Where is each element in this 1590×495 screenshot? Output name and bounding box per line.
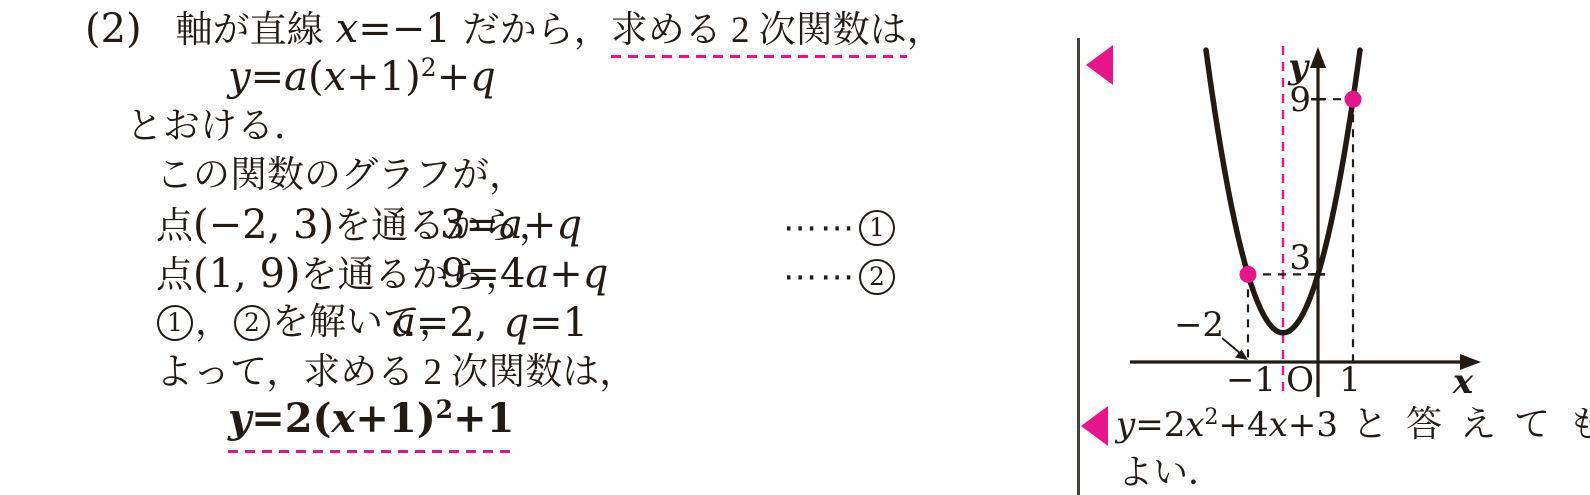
text-segment: +1)	[355, 395, 435, 442]
text-segment: 求める 2 次関数は	[611, 10, 907, 58]
circled-number: 1	[859, 210, 895, 246]
text-segment: 2	[421, 53, 437, 82]
text-segment: +	[549, 251, 583, 297]
text-segment: +1	[453, 395, 514, 442]
text-segment: q	[556, 202, 582, 248]
circled-number: 2	[234, 305, 270, 341]
text-segment: a	[499, 202, 523, 248]
text-segment: =	[251, 54, 285, 100]
text-segment: (2)	[85, 6, 142, 52]
text-segment: x	[1185, 405, 1204, 445]
solution-eq2: 9=4a+q	[441, 251, 608, 299]
text-segment: この関数のグラフが，	[156, 155, 526, 196]
text-segment: ⋯⋯	[783, 208, 857, 248]
text-segment: =2	[1135, 405, 1185, 445]
text-segment: x	[336, 6, 359, 52]
tick-label-3: 3	[1289, 238, 1311, 278]
text-segment: とおける．	[126, 106, 311, 147]
solution-line-general-form: y=a(x+1)2+q	[228, 54, 496, 102]
text-segment: 2	[1205, 405, 1219, 430]
text-segment: (−2, 3)	[193, 202, 334, 248]
solution-line-graph-intro: この関数のグラフが，	[156, 153, 526, 201]
text-segment: 2	[436, 395, 453, 424]
text-segment: y	[228, 54, 251, 100]
text-segment: ⋯⋯	[783, 257, 857, 297]
text-segment: x	[332, 395, 356, 442]
margin-pointer-icon	[1081, 406, 1108, 446]
text-segment: +4	[1219, 405, 1269, 445]
text-segment: a	[525, 251, 549, 297]
text-segment: (	[308, 54, 324, 100]
text-segment: (1, 9)	[193, 251, 301, 297]
y-axis-arrow-icon	[1310, 47, 1326, 68]
text-segment: 9=4	[441, 251, 525, 297]
annotation-neg2: −2	[1174, 305, 1224, 345]
solution-eq1-marker: ⋯⋯1	[783, 205, 897, 253]
text-segment: よい．	[1118, 453, 1223, 492]
text-segment: +1)	[346, 54, 421, 100]
text-segment: q	[504, 300, 530, 346]
text-segment: =1	[529, 300, 588, 346]
margin-separator-line	[1077, 38, 1080, 495]
text-segment: ，	[195, 302, 232, 343]
x-axis-label: x	[1452, 362, 1474, 400]
solution-line-axis: (2)軸が直線x=−1だから，求める 2 次関数は，	[85, 6, 944, 54]
circled-number: 2	[859, 259, 895, 295]
point-dot	[1240, 266, 1257, 283]
solution-eq1: 3=a+q	[440, 202, 582, 250]
text-segment: =−1	[358, 6, 450, 52]
text-segment: 点	[156, 255, 193, 296]
text-segment: q	[583, 251, 609, 297]
text-segment: =2,	[416, 300, 488, 346]
text-segment: y	[1116, 405, 1135, 445]
text-segment: 点	[156, 206, 193, 247]
text-segment: +	[437, 54, 471, 100]
solution-solve-result: a=2,q=1	[392, 300, 588, 348]
text-segment: よって，	[156, 352, 303, 393]
tick-label-neg1: −1	[1226, 360, 1276, 400]
text-segment: +	[523, 202, 557, 248]
text-segment: 求める 2 次関数は，	[303, 352, 636, 393]
tick-label-9: 9	[1289, 80, 1311, 120]
solution-final-answer: y=2(x+1)2+1	[228, 396, 514, 453]
text-segment: =2(	[251, 395, 331, 442]
text-segment: 3=	[440, 202, 499, 248]
text-segment: q	[470, 54, 496, 100]
text-segment: 軸が直線	[176, 10, 324, 51]
solution-line-therefore: よって，求める 2 次関数は，	[156, 350, 636, 398]
text-segment: a	[284, 54, 308, 100]
text-segment: a	[392, 300, 416, 346]
text-segment: だから，	[463, 10, 611, 51]
origin-label: O	[1286, 360, 1314, 400]
text-segment: x	[1269, 405, 1288, 445]
solution-eq2-marker: ⋯⋯2	[783, 254, 897, 302]
text-segment: y	[228, 395, 251, 442]
solution-line-tokeru: とおける．	[126, 104, 311, 152]
circled-number: 1	[157, 305, 193, 341]
margin-note-alt-answer-cont: よい．	[1118, 450, 1223, 495]
tick-label-1: 1	[1339, 360, 1361, 400]
text-segment: ，	[907, 10, 944, 51]
parabola-graph: y x O 9 3 −1 1 −2	[1100, 30, 1500, 400]
neg2-annotation-arrow	[1222, 338, 1241, 354]
text-segment: +3	[1288, 405, 1338, 445]
textbook-solution-page: (2)軸が直線x=−1だから，求める 2 次関数は， y=a(x+1)2+q と…	[0, 0, 1590, 495]
margin-note-alt-answer: y=2x2+4x+3と答えても	[1116, 401, 1590, 449]
text-segment: と答えても	[1352, 404, 1590, 444]
text-segment: x	[324, 54, 347, 100]
point-dot	[1345, 91, 1362, 108]
